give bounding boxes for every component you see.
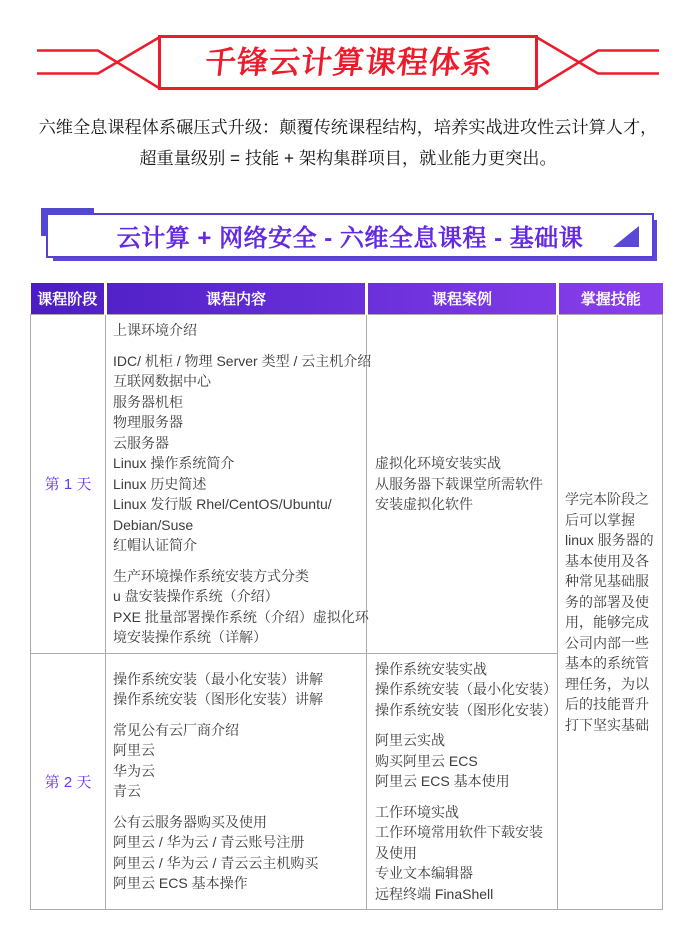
banner-title: 千锋云计算课程体系: [203, 45, 495, 80]
ribbon-banner: 千锋云计算课程体系: [0, 0, 696, 110]
ribbon-right-tail: [537, 38, 659, 89]
stage-day1-label: 第 1 天: [31, 315, 106, 654]
ribbon-left-tail: [37, 38, 159, 89]
table-header-row: 课程阶段 课程内容 课程案例 掌握技能: [31, 283, 663, 315]
header-skills: 掌握技能: [558, 283, 663, 315]
header-course-case: 课程案例: [367, 283, 558, 315]
table-row-day1: 第 1 天 上课环境介绍IDC/ 机柜 / 物理 Server 类型 / 云主机…: [31, 315, 663, 654]
content-day2: 操作系统安装（最小化安装）讲解操作系统安装（图形化安装）讲解常见公有云厂商介绍阿…: [106, 653, 367, 910]
curriculum-table: 课程阶段 课程内容 课程案例 掌握技能 第 1 天 上课环境介绍IDC/ 机柜 …: [30, 283, 663, 910]
header-course-stage: 课程阶段: [31, 283, 106, 315]
content-day1: 上课环境介绍IDC/ 机柜 / 物理 Server 类型 / 云主机介绍互联网数…: [106, 315, 367, 654]
skills-summary: 学完本阶段之后可以掌握 linux 服务器的基本使用及各种常见基础服务的部署及使…: [558, 315, 663, 910]
corner-triangle-icon: [613, 226, 639, 247]
corner-bracket-horizontal: [41, 208, 94, 215]
intro-line-1: 六维全息课程体系碾压式升级：颠覆传统课程结构，培养实战进攻性云计算人才，: [28, 112, 668, 143]
intro-paragraph: 六维全息课程体系碾压式升级：颠覆传统课程结构，培养实战进攻性云计算人才， 超重量…: [28, 112, 668, 174]
section-title-bar: 云计算 + 网络安全 - 六维全息课程 - 基础课: [46, 213, 654, 258]
section-title: 云计算 + 网络安全 - 六维全息课程 - 基础课: [117, 218, 584, 253]
header-course-content: 课程内容: [106, 283, 367, 315]
stage-day2-label: 第 2 天: [31, 653, 106, 910]
course-poster-page: 千锋云计算课程体系 六维全息课程体系碾压式升级：颠覆传统课程结构，培养实战进攻性…: [0, 0, 696, 930]
corner-bracket-vertical: [41, 208, 48, 236]
intro-line-2: 超重量级别 = 技能 + 架构集群项目，就业能力更突出。: [28, 143, 668, 174]
cases-day1: 虚拟化环境安装实战从服务器下载课堂所需软件安装虚拟化软件: [367, 315, 558, 654]
cases-day2: 操作系统安装实战操作系统安装（最小化安装）操作系统安装（图形化安装）阿里云实战购…: [367, 653, 558, 910]
